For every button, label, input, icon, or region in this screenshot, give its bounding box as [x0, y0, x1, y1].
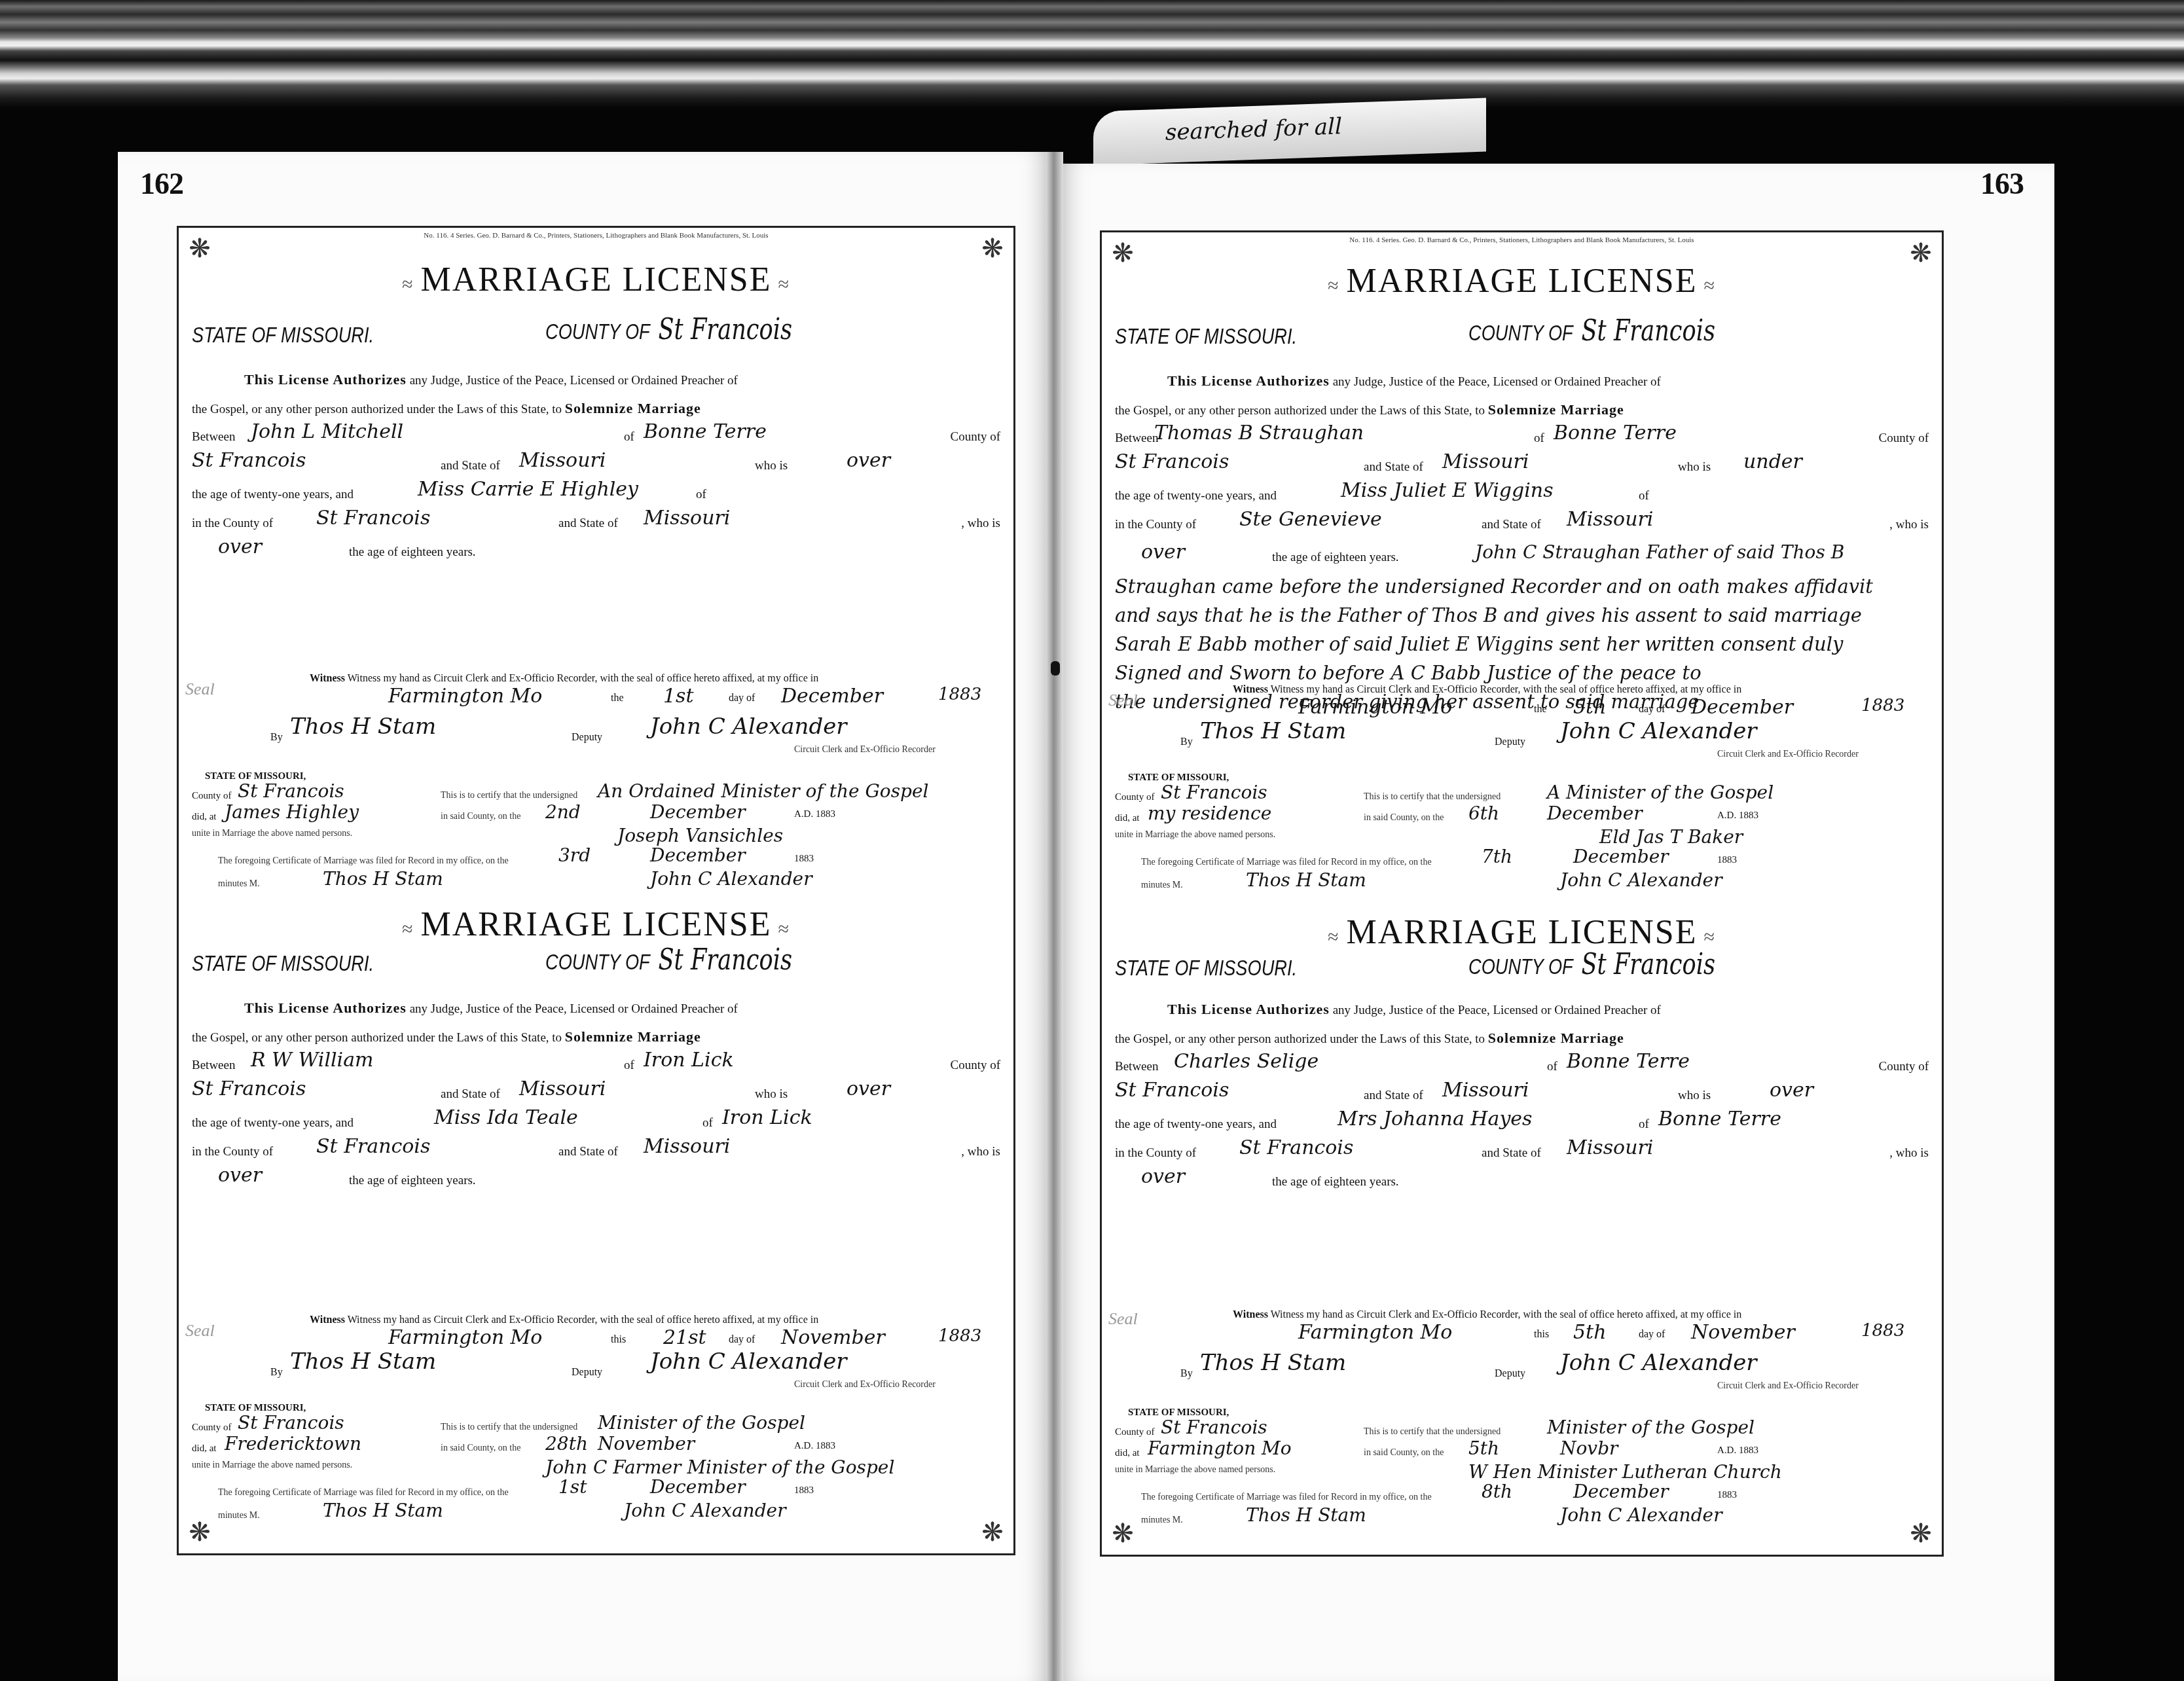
cert-county: St Francois: [238, 780, 344, 802]
groom-state: Missouri: [519, 1075, 606, 1104]
filed-month: December: [1573, 1481, 1669, 1502]
bride-state: Missouri: [1567, 505, 1653, 534]
filed-year: 1883: [794, 854, 814, 865]
binding-mark: [1051, 661, 1060, 676]
filed-year: 1883: [1717, 1490, 1737, 1501]
bride-state: Missouri: [644, 1132, 730, 1161]
license-title: ≈MARRIAGE LICENSE≈: [1102, 913, 1942, 952]
groom-residence: Iron Lick: [644, 1046, 734, 1075]
deputy-signature: Thos H Stam: [1200, 718, 1346, 744]
groom-county: St Francois: [192, 446, 306, 475]
deputy-signature: Thos H Stam: [290, 714, 436, 740]
groom-county: St Francois: [1115, 448, 1229, 477]
note-line: Straughan came before the undersigned Re…: [1115, 572, 1929, 601]
witness-day: 21st: [663, 1326, 706, 1349]
license-title: ≈MARRIAGE LICENSE≈: [179, 905, 1013, 944]
groom-name: John L Mitchell: [251, 418, 403, 446]
microfilm-bands: [0, 0, 2184, 108]
bride-county: St Francois: [1239, 1134, 1353, 1163]
officiant-title: Minister of the Gospel: [1547, 1417, 1755, 1438]
county-value: St Francois: [1581, 314, 1715, 348]
filed-clerk-signature: John C Alexander: [1560, 869, 1722, 891]
witness-place: Farmington Mo: [388, 685, 542, 708]
groom-age-status: under: [1743, 448, 1802, 477]
witness-month: November: [781, 1326, 885, 1349]
page-number: 163: [1980, 166, 2024, 201]
seal-mark: Seal: [185, 1321, 215, 1341]
groom-name: Thomas B Straughan: [1154, 419, 1364, 448]
groom-county: St Francois: [1115, 1076, 1229, 1105]
cert-county: St Francois: [238, 1412, 344, 1434]
clerk-signature: John C Alexander: [650, 714, 847, 740]
license-form-right: No. 116. 4 Series. Geo. D. Barnard & Co.…: [1100, 230, 1944, 1557]
filed-year: 1883: [1717, 855, 1737, 866]
filed-month: December: [650, 844, 746, 866]
groom-residence: Bonne Terre: [1554, 419, 1677, 448]
deputy-signature: Thos H Stam: [290, 1348, 436, 1375]
groom-age-status: over: [846, 446, 890, 475]
filed-clerk-signature: John C Alexander: [1560, 1504, 1722, 1526]
bride-residence: Iron Lick: [722, 1104, 812, 1132]
bride-residence: Bonne Terre: [1658, 1105, 1781, 1134]
bride-age-status: over: [218, 533, 262, 562]
page-number: 162: [140, 166, 183, 201]
state-label: STATE OF MISSOURI.: [192, 951, 374, 977]
bride-age-status: over: [1141, 538, 1185, 567]
bride-age-status: over: [1141, 1163, 1185, 1191]
witness-day: 1st: [663, 685, 694, 708]
bride-name: Miss Ida Teale: [434, 1104, 578, 1132]
groom-age-status: over: [846, 1075, 890, 1104]
state-label: STATE OF MISSOURI.: [1115, 956, 1297, 981]
witness-year: 1883: [1861, 1321, 1904, 1341]
ceremony-month: Novbr: [1560, 1437, 1618, 1459]
groom-name: Charles Selige: [1174, 1047, 1319, 1076]
seal-mark: Seal: [185, 679, 215, 699]
witness-place: Farmington Mo: [1298, 696, 1452, 719]
groom-name: R W William: [251, 1046, 374, 1075]
license-record: ≈MARRIAGE LICENSE≈ STATE OF MISSOURI. CO…: [179, 228, 1013, 882]
filed-deputy-signature: Thos H Stam: [323, 1500, 443, 1521]
ceremony-day: 28th: [545, 1433, 588, 1455]
witness-month: December: [1691, 696, 1793, 719]
witness-year: 1883: [1861, 696, 1904, 715]
bride-state: Missouri: [1567, 1134, 1653, 1163]
ceremony-place: Fredericktown: [225, 1433, 361, 1455]
groom-residence: Bonne Terre: [1567, 1047, 1690, 1076]
officiant-title: A Minister of the Gospel: [1547, 782, 1774, 803]
witness-day: 5th: [1573, 696, 1606, 719]
officiant-title: An Ordained Minister of the Gospel: [598, 780, 929, 802]
filed-day: 3rd: [558, 844, 591, 866]
seal-mark: Seal: [1108, 691, 1138, 710]
license-title: ≈MARRIAGE LICENSE≈: [179, 261, 1013, 299]
witness-month: December: [781, 685, 883, 708]
witness-place: Farmington Mo: [388, 1326, 542, 1349]
deputy-signature: Thos H Stam: [1200, 1350, 1346, 1376]
filed-month: December: [650, 1476, 746, 1498]
witness-year: 1883: [938, 685, 981, 704]
bride-county: St Francois: [316, 504, 430, 533]
cert-county: St Francois: [1161, 782, 1267, 803]
bride-state: Missouri: [644, 504, 730, 533]
license-body: This License Authorizes any Judge, Justi…: [192, 994, 1000, 1195]
bride-county: St Francois: [316, 1132, 430, 1161]
county-value: St Francois: [658, 313, 792, 346]
book-gutter: [1046, 152, 1063, 1681]
witness-month: November: [1691, 1321, 1795, 1344]
filed-month: December: [1573, 846, 1669, 867]
ceremony-day: 2nd: [545, 801, 581, 823]
filed-day: 7th: [1482, 846, 1512, 867]
ceremony-place: Farmington Mo: [1148, 1437, 1292, 1459]
officiant-title: Minister of the Gospel: [598, 1412, 805, 1434]
ceremony-month: December: [650, 801, 746, 823]
county-line: COUNTY OFSt Francois: [545, 943, 792, 977]
officiant-signature: Eld Jas T Baker: [1599, 826, 1743, 848]
license-record: ≈MARRIAGE LICENSE≈ STATE OF MISSOURI. CO…: [1102, 232, 1942, 887]
note-line: Signed and Sworn to before A C Babb Just…: [1115, 659, 1929, 687]
filed-year: 1883: [794, 1485, 814, 1496]
county-value: St Francois: [658, 943, 792, 977]
ceremony-month: November: [598, 1433, 695, 1455]
filed-deputy-signature: Thos H Stam: [1246, 1504, 1366, 1526]
license-body: This License Authorizes any Judge, Justi…: [1115, 367, 1929, 539]
license-record: ≈MARRIAGE LICENSE≈ STATE OF MISSOURI. CO…: [1102, 890, 1942, 1545]
state-label: STATE OF MISSOURI.: [192, 323, 374, 348]
groom-age-status: over: [1770, 1076, 1813, 1105]
filed-deputy-signature: Thos H Stam: [1246, 869, 1366, 891]
license-body: This License Authorizes any Judge, Justi…: [1115, 995, 1929, 1197]
clerk-signature: John C Alexander: [1560, 718, 1757, 744]
license-form-left: No. 116. 4 Series. Geo. D. Barnard & Co.…: [177, 226, 1015, 1555]
bride-name: Miss Carrie E Highley: [418, 475, 638, 504]
bride-age-status: over: [218, 1161, 262, 1190]
groom-state: Missouri: [1442, 1076, 1529, 1105]
license-title: ≈MARRIAGE LICENSE≈: [1102, 262, 1942, 300]
county-line: COUNTY OFSt Francois: [545, 313, 792, 346]
seal-mark: Seal: [1108, 1309, 1138, 1329]
cert-county: St Francois: [1161, 1417, 1267, 1438]
groom-residence: Bonne Terre: [644, 418, 767, 446]
groom-state: Missouri: [519, 446, 606, 475]
groom-state: Missouri: [1442, 448, 1529, 477]
county-line: COUNTY OFSt Francois: [1468, 948, 1715, 981]
clerk-signature: John C Alexander: [650, 1348, 847, 1375]
ceremony-place: James Highley: [225, 801, 359, 823]
officiant-signature: John C Farmer Minister of the Gospel: [545, 1456, 894, 1478]
ceremony-day: 6th: [1468, 803, 1499, 824]
officiant-signature: Joseph Vansichles: [617, 825, 783, 846]
tab-note: searched for all: [1165, 113, 1342, 145]
ceremony-day: 5th: [1468, 1437, 1499, 1459]
witness-year: 1883: [938, 1326, 981, 1346]
filed-clerk-signature: John C Alexander: [624, 1500, 786, 1521]
ceremony-month: December: [1547, 803, 1643, 824]
bride-name: Mrs Johanna Hayes: [1338, 1105, 1533, 1134]
clerk-signature: John C Alexander: [1560, 1350, 1757, 1376]
groom-county: St Francois: [192, 1075, 306, 1104]
state-label: STATE OF MISSOURI.: [1115, 324, 1297, 350]
witness-place: Farmington Mo: [1298, 1321, 1452, 1344]
officiant-signature: W Hen Minister Lutheran Church: [1468, 1461, 1782, 1483]
witness-day: 5th: [1573, 1321, 1606, 1344]
note-line: Sarah E Babb mother of said Juliet E Wig…: [1115, 630, 1929, 659]
filed-day: 8th: [1482, 1481, 1512, 1502]
bride-county: Ste Genevieve: [1239, 505, 1382, 534]
ceremony-place: my residence: [1148, 803, 1271, 824]
note-line: and says that he is the Father of Thos B…: [1115, 601, 1929, 630]
license-record: ≈MARRIAGE LICENSE≈ STATE OF MISSOURI. CO…: [179, 886, 1013, 1540]
county-line: COUNTY OFSt Francois: [1468, 314, 1715, 348]
bride-name: Miss Juliet E Wiggins: [1341, 477, 1554, 505]
filed-day: 1st: [558, 1476, 587, 1498]
license-body: This License Authorizes any Judge, Justi…: [192, 365, 1000, 567]
county-value: St Francois: [1581, 948, 1715, 981]
